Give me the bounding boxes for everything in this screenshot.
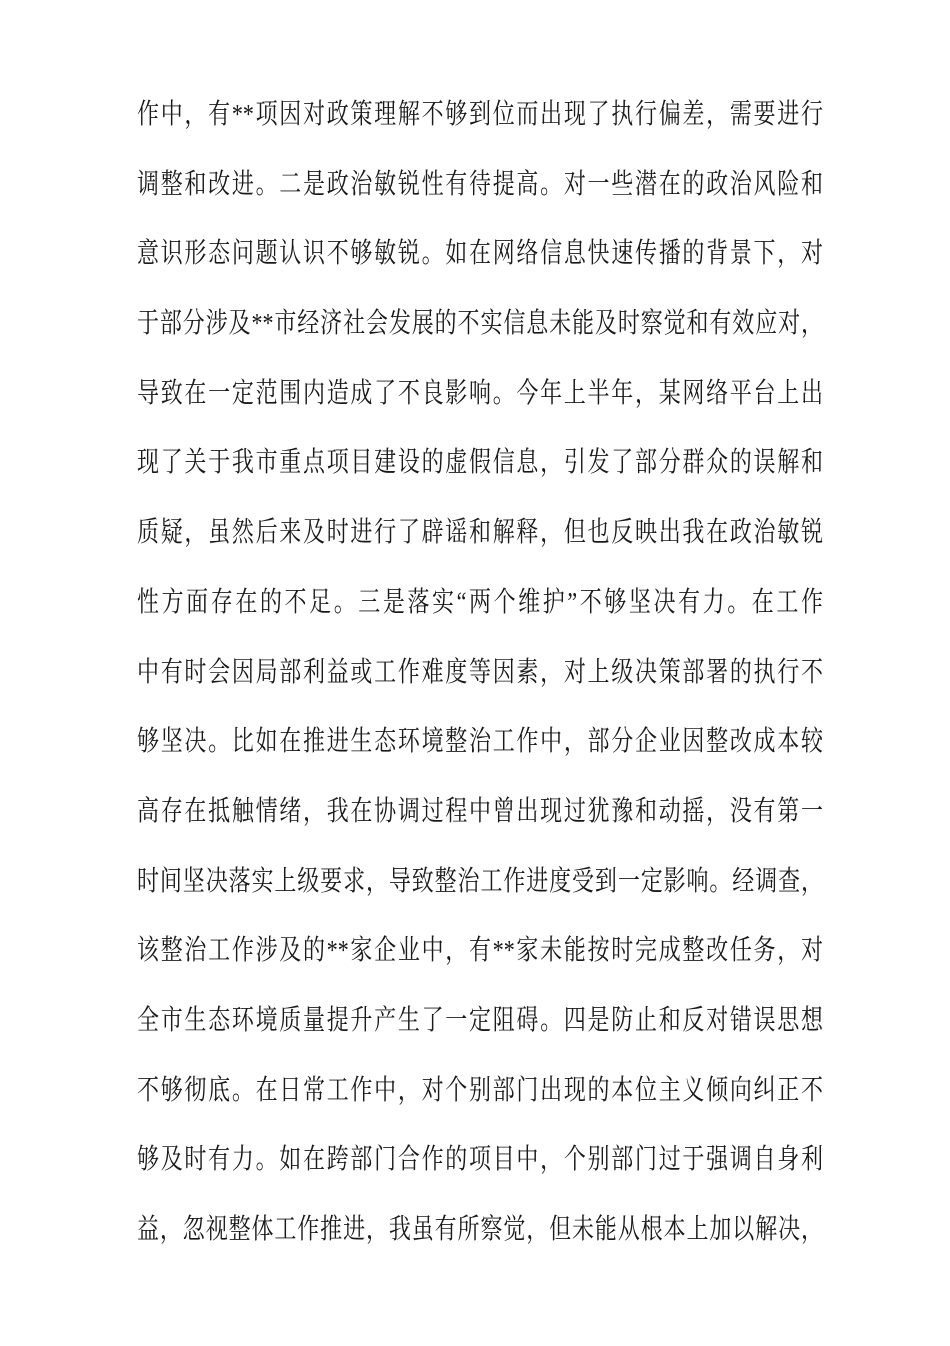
document-page: 作中，有**项因对政策理解不够到位而出现了执行偏差，需要进行 调整和改进。二是政… [0, 0, 950, 1346]
paragraph-text-block: 作中，有**项因对政策理解不够到位而出现了执行偏差，需要进行 调整和改进。二是政… [137, 79, 823, 1264]
text-line: 益，忽视整体工作推进，我虽有所察觉，但未能从根本上加以解决， [137, 1185, 823, 1274]
